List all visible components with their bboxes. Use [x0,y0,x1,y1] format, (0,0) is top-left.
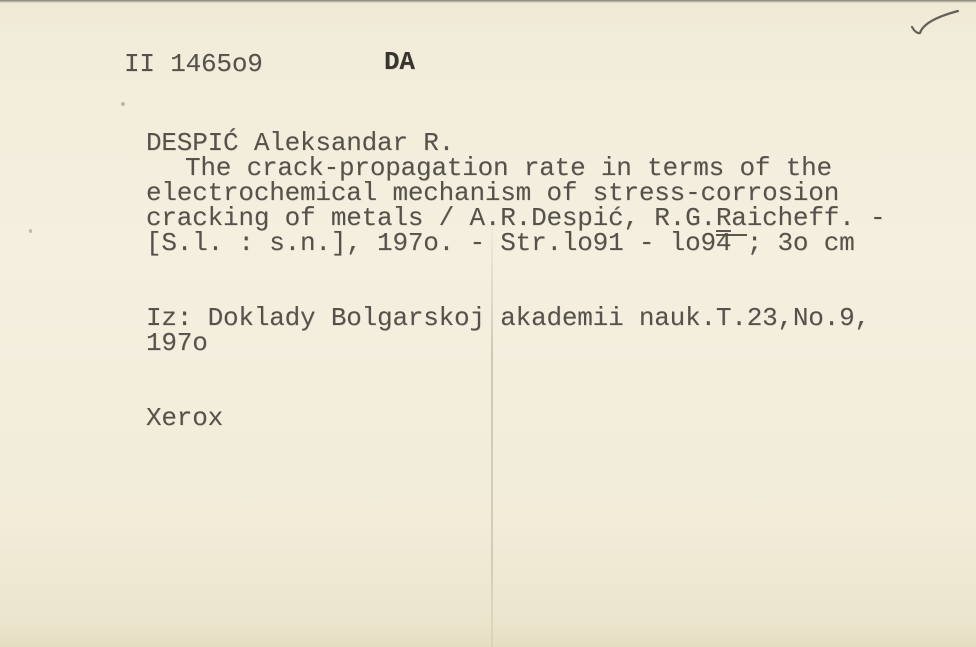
imprint-text-pre: [S.l. : s.n.], 197o. - Str.lo91 - lo9 [146,228,716,258]
imprint-text-overlined: 4 [716,230,731,255]
imprint-text-post: ; 3o cm [731,228,854,258]
call-number: II 1465o9 [124,52,263,77]
catalog-card-scan: II 1465o9 DA DESPIĆ Aleksandar R. The cr… [0,0,976,647]
pencil-checkmark-icon [908,8,964,40]
source-note-line-2: 197o [146,331,906,356]
imprint-collation: [S.l. : s.n.], 197o. - Str.lo91 - lo94 ;… [146,231,906,256]
paper-speck [29,229,32,233]
blank-gap [146,356,906,406]
bibliographic-record: DESPIĆ Aleksandar R. The crack-propagati… [146,131,906,431]
paper-speck [121,102,125,106]
scanner-edge-shadow [0,0,976,3]
location-code: DA [384,50,415,75]
source-note-line-1: Iz: Doklady Bolgarskoj akademii nauk.T.2… [146,306,906,331]
reproduction-note: Xerox [146,406,906,431]
card-crease [491,228,493,647]
blank-gap [146,256,906,306]
